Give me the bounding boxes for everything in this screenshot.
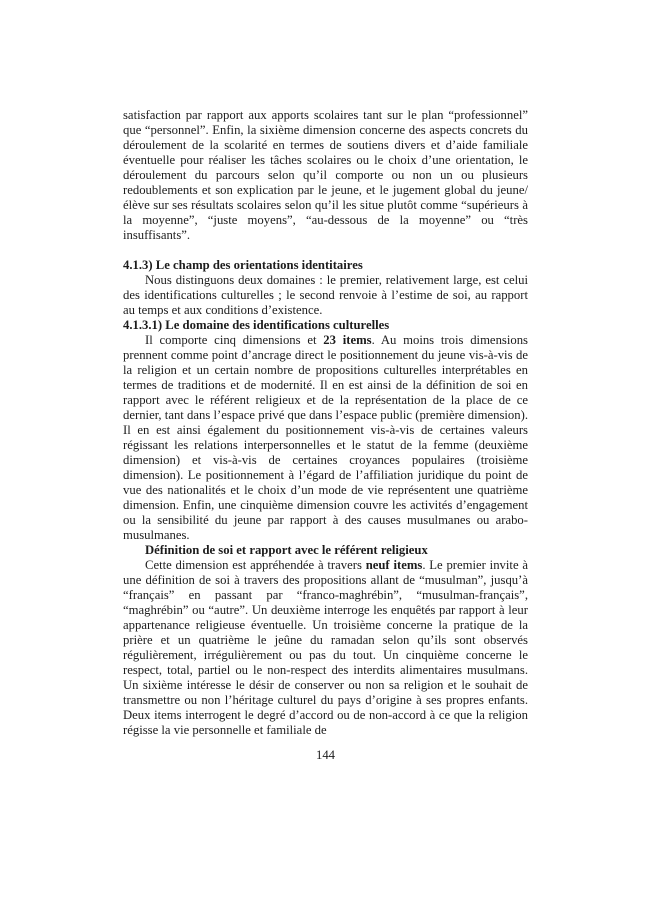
bold-text-run: 4.1.3) Le champ des orientations identit… bbox=[123, 258, 363, 272]
body-paragraph: Nous distinguons deux domaines : le prem… bbox=[123, 273, 528, 318]
bold-text-run: neuf items bbox=[366, 558, 423, 572]
text-run: . Au moins trois dimensions prennent com… bbox=[123, 333, 528, 542]
page-body: satisfaction par rapport aux apports sco… bbox=[123, 108, 528, 738]
section-heading: 4.1.3.1) Le domaine des identifications … bbox=[123, 318, 528, 333]
section-heading: 4.1.3) Le champ des orientations identit… bbox=[123, 258, 528, 273]
sub-heading: Définition de soi et rapport avec le réf… bbox=[123, 543, 528, 558]
bold-text-run: Définition de soi et rapport avec le réf… bbox=[145, 543, 428, 557]
body-paragraph: Cette dimension est appréhendée à traver… bbox=[123, 558, 528, 738]
body-paragraph: Il comporte cinq dimensions et 23 items.… bbox=[123, 333, 528, 543]
text-run: Il comporte cinq dimensions et bbox=[145, 333, 323, 347]
text-run: Nous distinguons deux domaines : le prem… bbox=[123, 273, 528, 317]
body-paragraph: satisfaction par rapport aux apports sco… bbox=[123, 108, 528, 243]
text-run: Cette dimension est appréhendée à traver… bbox=[145, 558, 366, 572]
page-number: 144 bbox=[123, 748, 528, 763]
text-run: satisfaction par rapport aux apports sco… bbox=[123, 108, 528, 242]
text-run: . Le premier invite à une définition de … bbox=[123, 558, 528, 737]
bold-text-run: 4.1.3.1) Le domaine des identifications … bbox=[123, 318, 389, 332]
bold-text-run: 23 items bbox=[323, 333, 371, 347]
document-page: satisfaction par rapport aux apports sco… bbox=[0, 0, 650, 920]
text-column: satisfaction par rapport aux apports sco… bbox=[123, 108, 528, 763]
